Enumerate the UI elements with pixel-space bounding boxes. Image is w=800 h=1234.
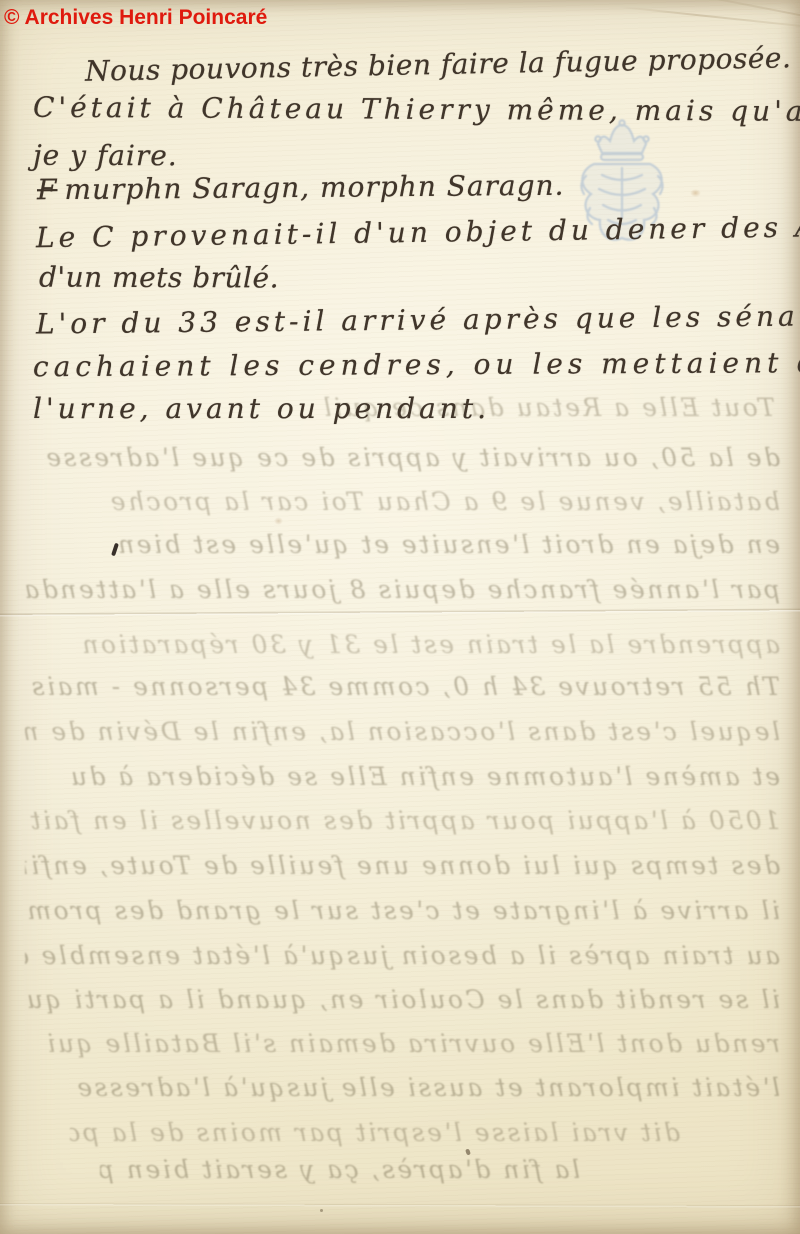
fold-crease <box>0 609 800 618</box>
manuscript-line-text: murphn Saragn, morphn Saragn. <box>64 169 564 206</box>
bleedthrough-line: rendu dont l'Elle ouvrira demain s'il Ba… <box>25 1029 780 1058</box>
corner-crease <box>689 0 800 19</box>
struck-out-initial: F <box>37 173 58 206</box>
bleedthrough-line: et amène l'automne enfin Elle se décider… <box>25 762 780 791</box>
bleedthrough-line: l'était implorant et aussi elle jusqu'à … <box>25 1073 780 1102</box>
paper-stain <box>274 517 283 525</box>
bleedthrough-line: par l'année franche depuis 8 jours elle … <box>25 575 780 604</box>
bleedthrough-line: il arrive à l'ingrate et c'est sur le gr… <box>25 896 780 925</box>
bleedthrough-line: bataille, venue le 9 a Chau Toi car la p… <box>25 487 780 516</box>
paper-stain <box>690 189 701 197</box>
manuscript-line: cachaient les cendres, ou les mettaient … <box>33 346 800 383</box>
bleedthrough-line: la fin d'après, ça y serait bien peu de … <box>100 1155 580 1184</box>
bleedthrough-line: lequel c'est dans l'occasion la, enfin l… <box>25 717 780 746</box>
manuscript-line: Nous pouvons très bien faire la fugue pr… <box>85 41 792 88</box>
bleedthrough-line: apprendre la le train est le 31 y 30 rép… <box>25 630 780 659</box>
bleedthrough-line: dit vrai laisse l'esprit par moins de la… <box>70 1118 680 1147</box>
copyright-notice: © Archives Henri Poincaré <box>4 6 267 30</box>
bleedthrough-line: 1050 à l'appui pour apprit des nouvelles… <box>25 806 780 835</box>
bleedthrough-line: Th 55 retrouve 34 h 0, comme 34 personne… <box>25 672 780 701</box>
manuscript-line: Fmurphn Saragn, morphn Saragn. <box>37 169 565 207</box>
bleedthrough-line: en deja en droit l'ensuite et qu'elle es… <box>25 530 780 559</box>
scanned-letter-page: © Archives Henri Poincaré Tout Elle a Re… <box>0 0 800 1234</box>
manuscript-line: l'urne, avant ou pendant. <box>33 392 490 425</box>
manuscript-line: L'or du 33 est-il arrivé après que les s… <box>36 299 800 341</box>
bleedthrough-line: il se rendit dans le Couloir en, quand i… <box>25 985 780 1014</box>
paper-stain <box>320 1209 323 1212</box>
bleedthrough-line: des temps qui lui donne une feuille de T… <box>25 851 780 880</box>
manuscript-line: je y faire. <box>33 139 178 173</box>
fold-crease <box>0 1203 800 1208</box>
bleedthrough-line: au train après il a besoin jusqu'à l'éta… <box>25 941 780 970</box>
bleedthrough-line: de la 50, ou arrivait y appris de ce que… <box>25 443 780 472</box>
manuscript-line: d'un mets brûlé. <box>39 261 279 295</box>
manuscript-line: C'était à Château Thierry même, mais qu'… <box>33 91 800 129</box>
corner-crease <box>618 6 800 28</box>
